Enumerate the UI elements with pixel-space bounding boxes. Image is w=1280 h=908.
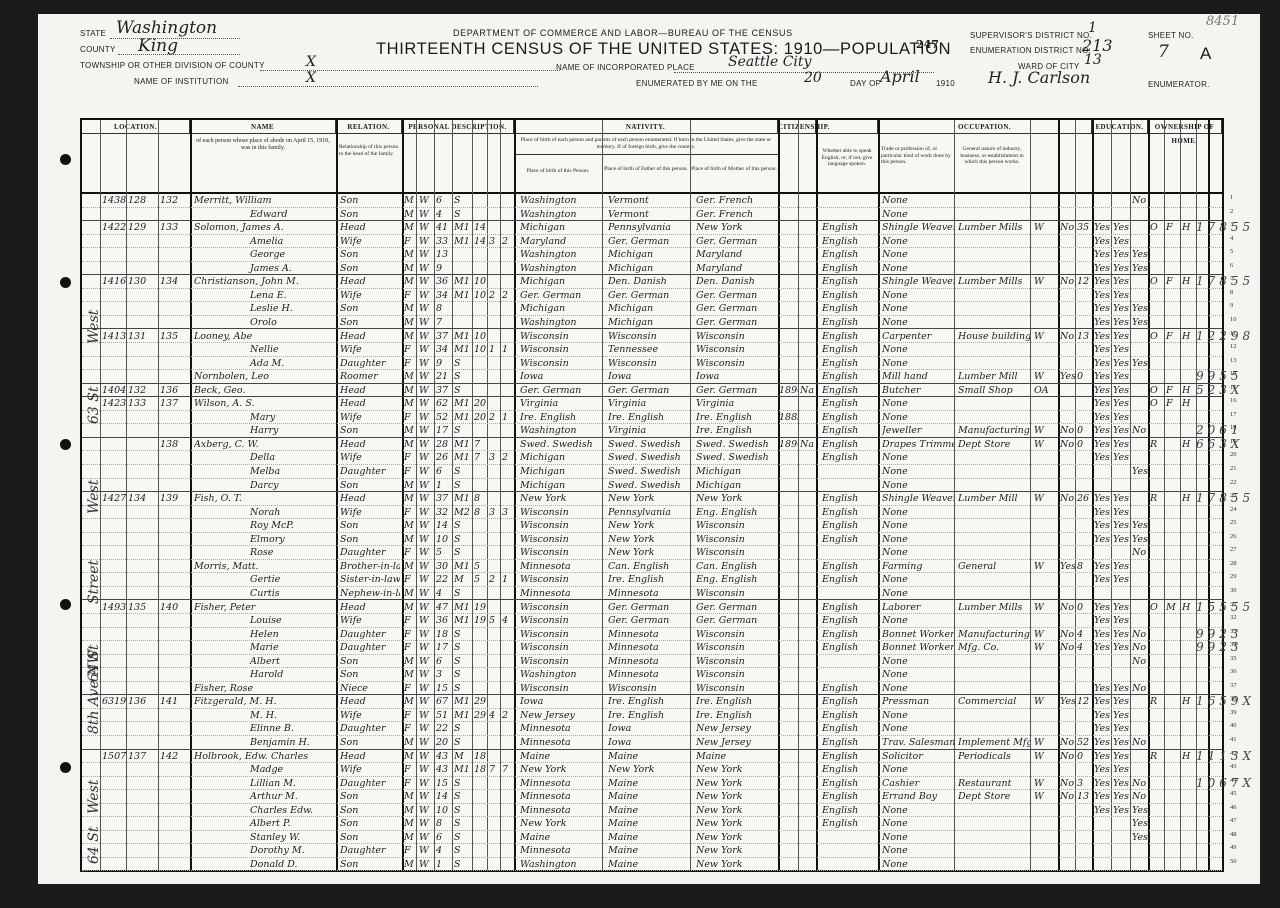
marital-status-cell: M1 (454, 221, 472, 234)
can-write-cell: Yes (1113, 424, 1130, 437)
page-number: 247 (916, 38, 939, 51)
can-read-cell (1094, 194, 1111, 207)
owned-or-rented-cell: R (1150, 492, 1164, 505)
sex-cell: F (404, 289, 416, 302)
sex-cell: F (404, 844, 416, 857)
years-married-cell (474, 641, 487, 654)
binder-hole (60, 762, 71, 773)
can-write-cell: Yes (1113, 533, 1130, 546)
age-cell: 21 (436, 370, 452, 383)
marital-status-cell: M1 (454, 343, 472, 356)
speaks-english-cell: English (822, 641, 878, 654)
supervisor-label: Supervisor's District No. (970, 31, 1092, 40)
birthplace-cell: Wisconsin (520, 546, 602, 559)
farm-or-house-cell (1182, 682, 1196, 695)
sex-cell: F (404, 763, 416, 776)
person-name-cell: Curtis (194, 587, 334, 600)
years-married-cell (474, 804, 487, 817)
house-number-cell: 1404 (102, 384, 126, 397)
birth-father-header: Place of birth of Father of this person. (602, 156, 690, 192)
attended-school-cell (1132, 573, 1148, 586)
speaks-english-cell: English (822, 384, 878, 397)
children-born-cell (489, 682, 500, 695)
out-of-work-cell: No (1060, 492, 1075, 505)
children-born-cell (489, 302, 500, 315)
race-cell: W (419, 668, 433, 681)
occupation-cell: None (882, 397, 954, 410)
line-number: 13 (1230, 357, 1237, 364)
street-name-label: West (86, 780, 102, 814)
marital-status-cell: S (454, 777, 472, 790)
children-living-cell (502, 682, 513, 695)
table-row: 1422129133Solomon, James A.HeadMW41M114M… (82, 221, 1222, 235)
can-write-cell (1113, 479, 1130, 492)
can-read-cell: Yes (1094, 695, 1111, 708)
can-read-cell: Yes (1094, 573, 1111, 586)
birthplace-cell: Iowa (520, 370, 602, 383)
years-married-cell: 20 (474, 411, 487, 424)
children-living-cell (502, 533, 513, 546)
state-value: Washington (116, 18, 217, 38)
schedule-number-cell (1196, 736, 1256, 749)
farm-or-house-cell (1182, 844, 1196, 857)
house-number-cell (102, 844, 126, 857)
race-cell: W (419, 302, 433, 315)
nativity-instructions: Place of birth of each person and parent… (521, 137, 771, 150)
relationship-cell: Daughter (340, 357, 400, 370)
out-of-work-cell: No (1060, 777, 1075, 790)
relationship-cell: Head (340, 384, 400, 397)
race-cell: W (419, 682, 433, 695)
children-born-cell (489, 438, 500, 451)
speaks-english-cell (822, 208, 878, 221)
occupation-cell: Trav. Salesman (882, 736, 954, 749)
out-of-work-cell: No (1060, 628, 1075, 641)
marital-status-cell: M1 (454, 330, 472, 343)
occupation-cell: None (882, 831, 954, 844)
owned-or-rented-cell (1150, 763, 1164, 776)
speaks-english-cell: English (822, 573, 878, 586)
dwelling-number-cell (128, 519, 156, 532)
weeks-out-of-work-cell (1077, 817, 1092, 830)
occupation-cell: None (882, 519, 954, 532)
naturalization-cell (800, 424, 816, 437)
weeks-out-of-work-cell: 0 (1077, 438, 1092, 451)
employer-status-cell (1034, 587, 1058, 600)
house-number-cell (102, 289, 126, 302)
mother-birthplace-cell: Wisconsin (696, 519, 778, 532)
archive-stamp: 8451 (1206, 14, 1239, 29)
enumerator-signature: H. J. Carlson (988, 68, 1090, 87)
occupation-cell: None (882, 208, 954, 221)
house-number-cell (102, 573, 126, 586)
person-name-cell: Benjamin H. (194, 736, 334, 749)
children-born-cell (489, 844, 500, 857)
family-number-cell (160, 357, 188, 370)
race-cell: W (419, 655, 433, 668)
dwelling-number-cell (128, 831, 156, 844)
personal-description-header: PERSONAL DESCRIPTION. (402, 120, 514, 134)
attended-school-cell: No (1132, 628, 1148, 641)
children-living-cell (502, 601, 513, 614)
marital-status-cell: M1 (454, 614, 472, 627)
race-cell: W (419, 736, 433, 749)
children-born-cell (489, 560, 500, 573)
house-number-cell: 1413 (102, 330, 126, 343)
relationship-cell: Head (340, 750, 400, 763)
birthplace-cell: Maine (520, 831, 602, 844)
table-row: GeorgeSonMW13WashingtonMichiganMarylandE… (82, 248, 1222, 262)
line-number: 44 (1230, 777, 1237, 784)
free-or-mortgaged-cell (1166, 695, 1180, 708)
can-write-cell: Yes (1113, 519, 1130, 532)
marital-status-cell: S (454, 370, 472, 383)
free-or-mortgaged-cell (1166, 411, 1180, 424)
day-of-label: day of (850, 79, 881, 88)
person-name-cell: Nellie (194, 343, 334, 356)
free-or-mortgaged-cell (1166, 817, 1180, 830)
employer-status-cell (1034, 573, 1058, 586)
father-birthplace-cell: Maine (608, 777, 690, 790)
table-row: Nornbolen, LeoRoomerMW21SIowaIowaIowaEng… (82, 370, 1222, 384)
race-cell: W (419, 262, 433, 275)
free-or-mortgaged-cell (1166, 722, 1180, 735)
schedule-number-cell (1196, 560, 1256, 573)
schedule-number-cell: 9955 (1196, 370, 1256, 383)
naturalization-cell (800, 682, 816, 695)
person-name-cell: Holbrook, Edw. Charles (194, 750, 334, 763)
marital-status-cell: S (454, 357, 472, 370)
house-number-cell (102, 302, 126, 315)
can-write-cell: Yes (1113, 384, 1130, 397)
employer-status-cell (1034, 194, 1058, 207)
marital-status-cell: S (454, 668, 472, 681)
marital-status-cell: S (454, 722, 472, 735)
industry-cell (958, 709, 1030, 722)
race-cell: W (419, 817, 433, 830)
immigration-year-cell (779, 330, 798, 343)
line-number: 31 (1230, 601, 1237, 608)
person-name-cell: Stanley W. (194, 831, 334, 844)
father-birthplace-cell: Swed. Swedish (608, 479, 690, 492)
employer-status-cell: W (1034, 560, 1058, 573)
person-name-cell: Lena E. (194, 289, 334, 302)
father-birthplace-cell: Iowa (608, 370, 690, 383)
children-living-cell (502, 302, 513, 315)
immigration-year-cell (779, 736, 798, 749)
years-married-cell (474, 722, 487, 735)
employer-status-cell (1034, 533, 1058, 546)
naturalization-cell (800, 763, 816, 776)
free-or-mortgaged-cell (1166, 628, 1180, 641)
name-column-desc: of each person whose place of abode on A… (190, 136, 336, 192)
race-cell: W (419, 587, 433, 600)
census-title: THIRTEENTH CENSUS OF THE UNITED STATES: … (376, 40, 951, 59)
years-married-cell (474, 831, 487, 844)
father-birthplace-cell: New York (608, 763, 690, 776)
industry-cell (958, 397, 1030, 410)
out-of-work-cell (1060, 858, 1075, 871)
employer-status-cell (1034, 614, 1058, 627)
weeks-out-of-work-cell: 0 (1077, 750, 1092, 763)
age-cell: 32 (436, 506, 452, 519)
mother-birthplace-cell: New York (696, 844, 778, 857)
person-name-cell: Darcy (194, 479, 334, 492)
can-read-cell: Yes (1094, 560, 1111, 573)
line-number: 38 (1230, 695, 1237, 702)
person-name-cell: Elinne B. (194, 722, 334, 735)
line-number: 11 (1230, 330, 1236, 337)
owned-or-rented-cell (1150, 709, 1164, 722)
immigration-year-cell (779, 560, 798, 573)
father-birthplace-cell: Minnesota (608, 641, 690, 654)
race-cell: W (419, 533, 433, 546)
speaks-english-cell (822, 655, 878, 668)
years-married-cell: 10 (474, 330, 487, 343)
sheet-number: 7 (1158, 42, 1169, 62)
family-number-cell (160, 262, 188, 275)
occupation-cell: Mill hand (882, 370, 954, 383)
marital-status-cell: S (454, 208, 472, 221)
schedule-number-cell: 17855 (1196, 492, 1256, 505)
sex-cell: F (404, 343, 416, 356)
can-read-cell: Yes (1094, 506, 1111, 519)
employer-status-cell: W (1034, 424, 1058, 437)
birthplace-cell: Wisconsin (520, 682, 602, 695)
years-married-cell (474, 844, 487, 857)
children-living-cell (502, 858, 513, 871)
sex-cell: M (404, 330, 416, 343)
employer-status-cell (1034, 858, 1058, 871)
speaks-english-cell: English (822, 736, 878, 749)
marital-status-cell: S (454, 519, 472, 532)
dwelling-number-cell (128, 844, 156, 857)
children-born-cell: 7 (489, 763, 500, 776)
immigration-year-cell (779, 614, 798, 627)
industry-cell (958, 668, 1030, 681)
schedule-number-cell (1196, 451, 1256, 464)
naturalization-cell (800, 316, 816, 329)
dwelling-number-cell: 135 (128, 601, 156, 614)
naturalization-cell (800, 695, 816, 708)
birth-father-label: Place of birth of Father of this person. (604, 166, 688, 172)
table-row: RoseDaughterFW5SWisconsinNew YorkWiscons… (82, 546, 1222, 560)
binder-hole (60, 439, 71, 450)
can-write-cell: Yes (1113, 397, 1130, 410)
dwelling-number-cell (128, 235, 156, 248)
age-cell: 36 (436, 275, 452, 288)
can-write-cell (1113, 587, 1130, 600)
attended-school-cell (1132, 560, 1148, 573)
county-label: County (80, 45, 116, 54)
age-cell: 28 (436, 438, 452, 451)
employer-status-cell: W (1034, 370, 1058, 383)
house-number-cell (102, 790, 126, 803)
relationship-cell: Son (340, 817, 400, 830)
free-or-mortgaged-cell (1166, 357, 1180, 370)
out-of-work-cell: No (1060, 221, 1075, 234)
attended-school-cell (1132, 750, 1148, 763)
can-write-cell: Yes (1113, 628, 1130, 641)
person-name-cell: Charles Edw. (194, 804, 334, 817)
age-cell: 15 (436, 777, 452, 790)
children-living-cell (502, 316, 513, 329)
relationship-cell: Head (340, 221, 400, 234)
age-cell: 52 (436, 411, 452, 424)
years-married-cell (474, 546, 487, 559)
industry-cell (958, 763, 1030, 776)
out-of-work-cell (1060, 844, 1075, 857)
industry-cell (958, 343, 1030, 356)
family-number-cell: 142 (160, 750, 188, 763)
mother-birthplace-cell: Wisconsin (696, 641, 778, 654)
children-living-cell (502, 546, 513, 559)
dwelling-number-cell (128, 533, 156, 546)
speaks-english-cell: English (822, 302, 878, 315)
occupation-cell: Pressman (882, 695, 954, 708)
table-row: Morris, Matt.Brother-in-lawMW30M15Minnes… (82, 560, 1222, 574)
attended-school-cell (1132, 763, 1148, 776)
can-read-cell: Yes (1094, 411, 1111, 424)
years-married-cell: 29 (474, 709, 487, 722)
relationship-cell: Son (340, 208, 400, 221)
family-number-cell (160, 506, 188, 519)
free-or-mortgaged-cell (1166, 248, 1180, 261)
can-read-cell: Yes (1094, 424, 1111, 437)
industry-cell (958, 235, 1030, 248)
occupation-cell: None (882, 573, 954, 586)
industry-cell: Lumber Mills (958, 221, 1030, 234)
weeks-out-of-work-cell (1077, 411, 1092, 424)
industry-cell: House building (958, 330, 1030, 343)
weeks-out-of-work-cell: 13 (1077, 790, 1092, 803)
years-married-cell: 29 (474, 695, 487, 708)
years-married-cell (474, 316, 487, 329)
immigration-year-cell: 1883 (779, 411, 798, 424)
children-born-cell: 4 (489, 709, 500, 722)
house-number-cell (102, 235, 126, 248)
attended-school-cell (1132, 208, 1148, 221)
person-name-cell: Christianson, John M. (194, 275, 334, 288)
family-number-cell (160, 451, 188, 464)
out-of-work-cell: Yes (1060, 560, 1075, 573)
employer-status-cell: W (1034, 641, 1058, 654)
mother-birthplace-cell: Ire. English (696, 695, 778, 708)
free-or-mortgaged-cell (1166, 804, 1180, 817)
mother-birthplace-cell: Maryland (696, 248, 778, 261)
person-name-cell: George (194, 248, 334, 261)
speaks-english-cell: English (822, 451, 878, 464)
relationship-cell: Head (340, 695, 400, 708)
industry-cell (958, 506, 1030, 519)
state-label: State (80, 29, 106, 38)
owned-or-rented-cell (1150, 790, 1164, 803)
dwelling-number-cell (128, 465, 156, 478)
free-or-mortgaged-cell (1166, 438, 1180, 451)
age-cell: 9 (436, 262, 452, 275)
occupation-cell: None (882, 343, 954, 356)
speaks-english-cell: English (822, 695, 878, 708)
children-living-cell (502, 628, 513, 641)
children-living-cell (502, 275, 513, 288)
relationship-cell: Daughter (340, 722, 400, 735)
marital-status-cell: S (454, 194, 472, 207)
age-cell: 10 (436, 533, 452, 546)
speaks-english-cell: English (822, 682, 878, 695)
table-row: 1423133137Wilson, A. S.HeadMW62M120Virgi… (82, 397, 1222, 411)
schedule-number-cell (1196, 248, 1256, 261)
schedule-number-cell: 1113X (1196, 750, 1256, 763)
age-cell: 6 (436, 655, 452, 668)
children-born-cell (489, 777, 500, 790)
industry-cell (958, 519, 1030, 532)
weeks-out-of-work-cell (1077, 519, 1092, 532)
sex-cell: M (404, 316, 416, 329)
attended-school-cell (1132, 479, 1148, 492)
birthplace-cell: Wisconsin (520, 601, 602, 614)
can-read-cell: Yes (1094, 790, 1111, 803)
family-number-cell (160, 641, 188, 654)
race-cell: W (419, 479, 433, 492)
industry-cell (958, 316, 1030, 329)
children-living-cell (502, 750, 513, 763)
family-number-cell (160, 370, 188, 383)
children-living-cell: 7 (502, 763, 513, 776)
birthplace-cell: Wisconsin (520, 519, 602, 532)
children-living-cell (502, 560, 513, 573)
immigration-year-cell (779, 750, 798, 763)
years-married-cell: 8 (474, 492, 487, 505)
immigration-year-cell (779, 275, 798, 288)
house-number-cell (102, 546, 126, 559)
relationship-cell: Son (340, 248, 400, 261)
speaks-english-cell: English (822, 533, 878, 546)
occupation-cell: None (882, 451, 954, 464)
can-write-cell (1113, 655, 1130, 668)
naturalization-cell (800, 601, 816, 614)
farm-or-house-cell (1182, 763, 1196, 776)
age-cell: 13 (436, 248, 452, 261)
house-number-cell: 1423 (102, 397, 126, 410)
birthplace-cell: Michigan (520, 275, 602, 288)
house-number-cell (102, 682, 126, 695)
can-write-cell: Yes (1113, 275, 1130, 288)
children-born-cell (489, 357, 500, 370)
table-row: DarcySonMW1SMichiganSwed. SwedishMichiga… (82, 479, 1222, 493)
farm-or-house-cell: H (1182, 695, 1196, 708)
free-or-mortgaged-cell (1166, 235, 1180, 248)
owned-or-rented-cell (1150, 519, 1164, 532)
occupation-cell: Farming (882, 560, 954, 573)
industry-cell: Small Shop (958, 384, 1030, 397)
children-living-cell (502, 384, 513, 397)
sex-cell: F (404, 546, 416, 559)
children-living-cell (502, 831, 513, 844)
trade-instructions: Trade or profession of, or particular ki… (881, 146, 951, 165)
family-number-cell (160, 763, 188, 776)
naturalization-cell (800, 370, 816, 383)
can-read-cell: Yes (1094, 316, 1111, 329)
can-write-cell: Yes (1113, 438, 1130, 451)
farm-or-house-cell (1182, 302, 1196, 315)
race-cell: W (419, 709, 433, 722)
owned-or-rented-cell (1150, 289, 1164, 302)
birthplace-cell: Minnesota (520, 722, 602, 735)
dwelling-number-cell (128, 560, 156, 573)
farm-or-house-cell (1182, 736, 1196, 749)
dwelling-number-cell (128, 682, 156, 695)
weeks-out-of-work-cell (1077, 844, 1092, 857)
